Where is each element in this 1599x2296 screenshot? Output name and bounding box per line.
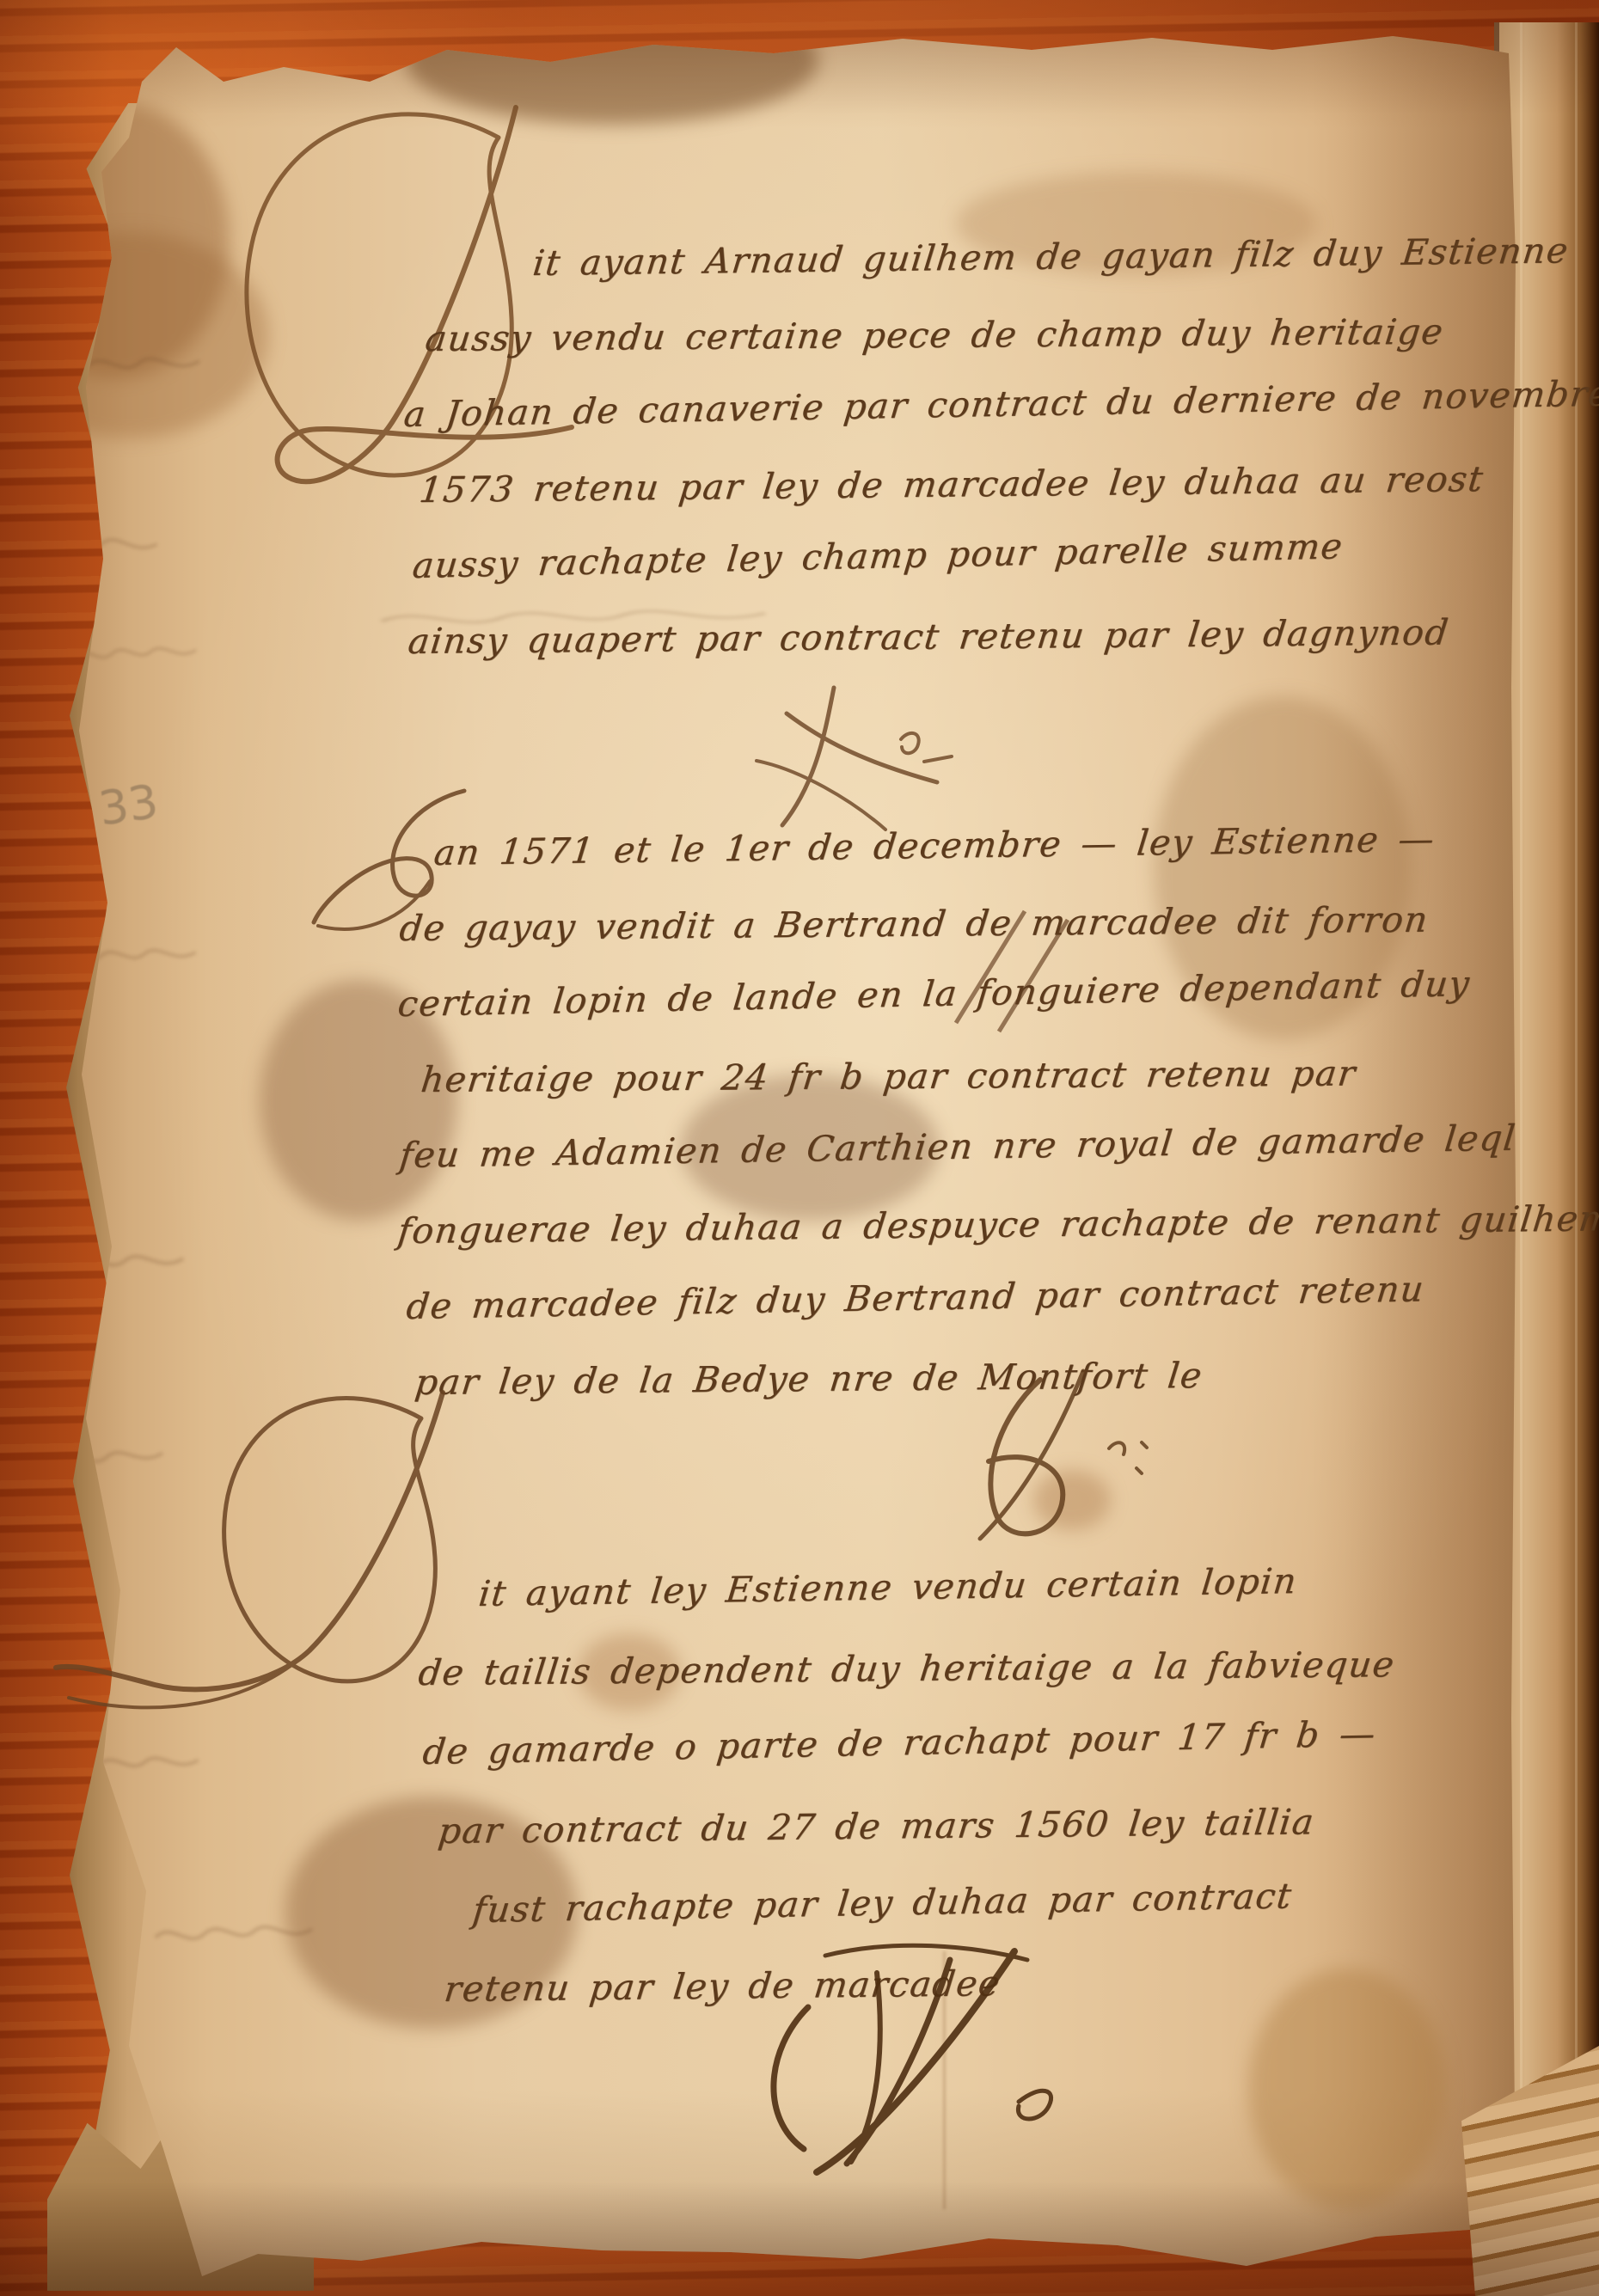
- manuscript-line: fust rachapte par ley duhaa par contract: [469, 1854, 1399, 1950]
- ink-bleedthrough-mark: [45, 1745, 208, 1783]
- manuscript-line: an 1571 et le 1er de decembre — ley Esti…: [430, 799, 1599, 891]
- ink-bleedthrough-mark: [5, 520, 162, 567]
- notary-signature-paraph: [731, 1938, 1092, 2196]
- ink-bleedthrough-mark: [122, 1913, 346, 1954]
- manuscript-line: it ayant ley Estienne vendu certain lopi…: [475, 1540, 1399, 1633]
- folio-number-pencil: 33: [95, 775, 162, 836]
- manuscript-line: ainsy quapert par contract retenu par le…: [404, 593, 1599, 679]
- manuscript-photograph: 33 D it ayant Arnaud guilhem de gayan fi…: [0, 0, 1599, 2296]
- manuscript-line: it ayant Arnaud guilhem de gayan filz du…: [529, 212, 1599, 301]
- manuscript-paragraph-1: it ayant Arnaud guilhem de gayan filz du…: [404, 225, 1599, 679]
- manuscript-paragraph-2: an 1571 et le 1er de decembre — ley Esti…: [374, 815, 1599, 1420]
- ink-bleedthrough-mark: [53, 937, 199, 975]
- ink-bleedthrough-mark: [28, 344, 208, 387]
- paragraph-divider-paraph: [868, 1367, 1152, 1547]
